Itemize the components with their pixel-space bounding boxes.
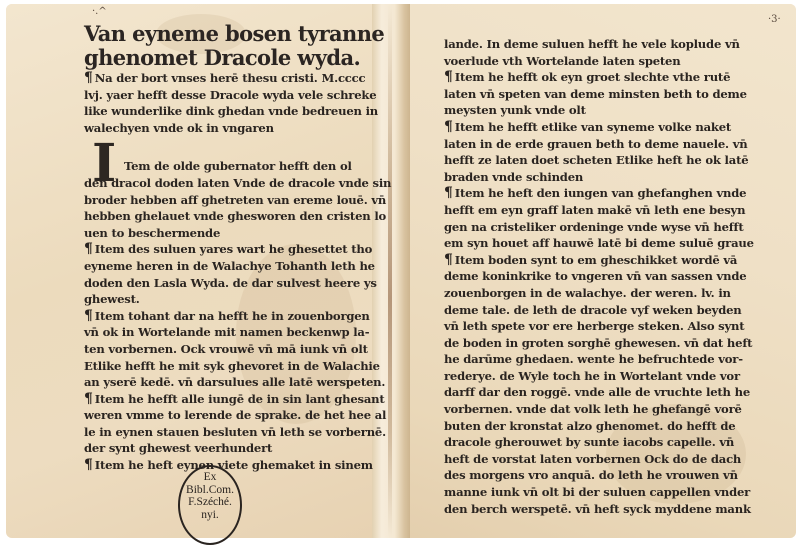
text-line: zouenborgen in de walachye. der weren. l… bbox=[444, 285, 744, 302]
text-line: broder hebben aff ghetreten van ereme lo… bbox=[84, 192, 374, 209]
text-line: weren vmme to lerende de sprake. de het … bbox=[84, 407, 374, 424]
text-line: des morgens vro anquā. do leth he vrouwe… bbox=[444, 467, 744, 484]
text-line: ¶Na der bort vnses herē thesu cristi. M.… bbox=[84, 70, 374, 87]
pilcrow-icon: ¶ bbox=[444, 185, 453, 201]
text-line: ¶Item he hefft alle iungē de in sin lant… bbox=[84, 391, 374, 408]
text-line: gen na cristeliker ordeninge vnde wyse v… bbox=[444, 219, 744, 236]
stamp-line: nyi. bbox=[180, 509, 240, 522]
decorated-initial: I bbox=[92, 138, 116, 190]
pilcrow-icon: ¶ bbox=[444, 69, 453, 85]
text-line: den berch werspetē. vn̄ heft syck mydden… bbox=[444, 501, 744, 518]
text-line: ¶Item boden synt to em gheschikket wordē… bbox=[444, 252, 744, 269]
pilcrow-icon: ¶ bbox=[444, 119, 453, 135]
text-line: heft de vorstat laten vorbernen Ock do d… bbox=[444, 451, 744, 468]
text-line: hefft em eyn graff laten makē vn̄ leth e… bbox=[444, 202, 744, 219]
text-line: ¶Item des suluen yares wart he ghesettet… bbox=[84, 241, 374, 258]
text-line: braden vnde schinden bbox=[444, 169, 744, 186]
title-line: Van eyneme bosen tyranne bbox=[84, 22, 374, 46]
text-line: Etlike hefft he mit syk ghevoret in de W… bbox=[84, 358, 374, 375]
text-line: deme tale. de leth de dracole vyf weken … bbox=[444, 302, 744, 319]
pilcrow-icon: ¶ bbox=[84, 457, 93, 473]
text-line: meysten yunk vnde olt bbox=[444, 102, 744, 119]
text-line: laten in de erde grauen beth to deme nau… bbox=[444, 136, 744, 153]
text-line: hebben ghelauet vnde ghesworen den crist… bbox=[84, 208, 374, 225]
text-line: an yserē kedē. vn̄ darsulues alle latē w… bbox=[84, 374, 374, 391]
text-line: de boden in groten sorghē ghewesen. vn̄ … bbox=[444, 335, 744, 352]
text-line: ten vorbernen. Ock vrouwē vn̄ mā iunk vn… bbox=[84, 341, 374, 358]
text-line: buten der kronstat alzo ghenomet. do hef… bbox=[444, 418, 744, 435]
text-line: laten vn̄ speten van deme minsten beth t… bbox=[444, 86, 744, 103]
gutter-stain bbox=[388, 4, 392, 538]
text-line: den dracol doden laten Vnde de dracole v… bbox=[84, 175, 374, 192]
text-line: ¶Item he hefft ok eyn groet slechte vthe… bbox=[444, 69, 744, 86]
pilcrow-icon: ¶ bbox=[84, 241, 93, 257]
pilcrow-icon: ¶ bbox=[444, 252, 453, 268]
text-line: hefft ze laten doet scheten Etlike heft … bbox=[444, 152, 744, 169]
text-line: Tem de olde gubernator hefft den ol bbox=[84, 158, 374, 175]
text-line: darff dar den roggē. vnde alle de vrucht… bbox=[444, 384, 744, 401]
text-line: vorbernen. vnde dat volk leth he ghefang… bbox=[444, 401, 744, 418]
text-line: ghewest. bbox=[84, 291, 374, 308]
library-stamp: Ex Bibl.Com. F.Széché. nyi. bbox=[178, 465, 242, 545]
pilcrow-icon: ¶ bbox=[84, 308, 93, 324]
pilcrow-icon: ¶ bbox=[84, 70, 93, 86]
text-line: lande. In deme suluen hefft he vele kopl… bbox=[444, 36, 744, 53]
text-line: manne iunk vn̄ olt bi der suluen cappell… bbox=[444, 484, 744, 501]
text-line: rederye. de Wyle toch he in Wortelant vn… bbox=[444, 368, 744, 385]
text-line: voerlude vth Wortelande laten speten bbox=[444, 53, 744, 70]
text-line: ¶Item he heft den iungen van ghefanghen … bbox=[444, 185, 744, 202]
text-line: vn̄ ok in Wortelande mit namen beckenwp … bbox=[84, 324, 374, 341]
text-line: dracole gherouwet by sunte iacobs capell… bbox=[444, 434, 744, 451]
text-line: eyneme heren in de Walachye Tohanth leth… bbox=[84, 258, 374, 275]
pilcrow-icon: ¶ bbox=[84, 391, 93, 407]
text-line: ¶Item tohant dar na hefft he in zouenbor… bbox=[84, 308, 374, 325]
text-line: der synt ghewest veerhundert bbox=[84, 440, 374, 457]
text-line: walechyen vnde ok in vngaren bbox=[84, 120, 374, 137]
title-line: ghenomet Dracole wyda. bbox=[84, 46, 374, 70]
left-page-text: Van eyneme bosen tyranne ghenomet Dracol… bbox=[84, 22, 374, 474]
text-line: uen to beschermende bbox=[84, 225, 374, 242]
stamp-line: F.Széché. bbox=[180, 496, 240, 509]
text-line: em syn houet aff hauwē latē bi deme sulu… bbox=[444, 235, 744, 252]
text-line: le in eynen stauen besluten vn̄ leth se … bbox=[84, 424, 374, 441]
stamp-line: Ex bbox=[180, 471, 240, 484]
right-page-text: lande. In deme suluen hefft he vele kopl… bbox=[444, 36, 744, 517]
text-line: doden den Lasla Wyda. de dar sulvest hee… bbox=[84, 275, 374, 292]
text-line: lvj. yaer hefft desse Dracole wyda vele … bbox=[84, 87, 374, 104]
text-line: vn̄ leth spete vor ere herberge steken. … bbox=[444, 318, 744, 335]
text-line: he darūme ghedaen. wente he befruchtede … bbox=[444, 351, 744, 368]
text-line: deme koninkrike to vngeren vn̄ van sasse… bbox=[444, 268, 744, 285]
text-line: like wunderlike dink ghedan vnde bedreue… bbox=[84, 103, 374, 120]
text-line: ¶Item he hefft etlike van syneme volke n… bbox=[444, 119, 744, 136]
stamp-line: Bibl.Com. bbox=[180, 484, 240, 497]
page-number-mark: ·3· bbox=[768, 14, 781, 25]
top-mark: ·.^ bbox=[92, 6, 107, 17]
